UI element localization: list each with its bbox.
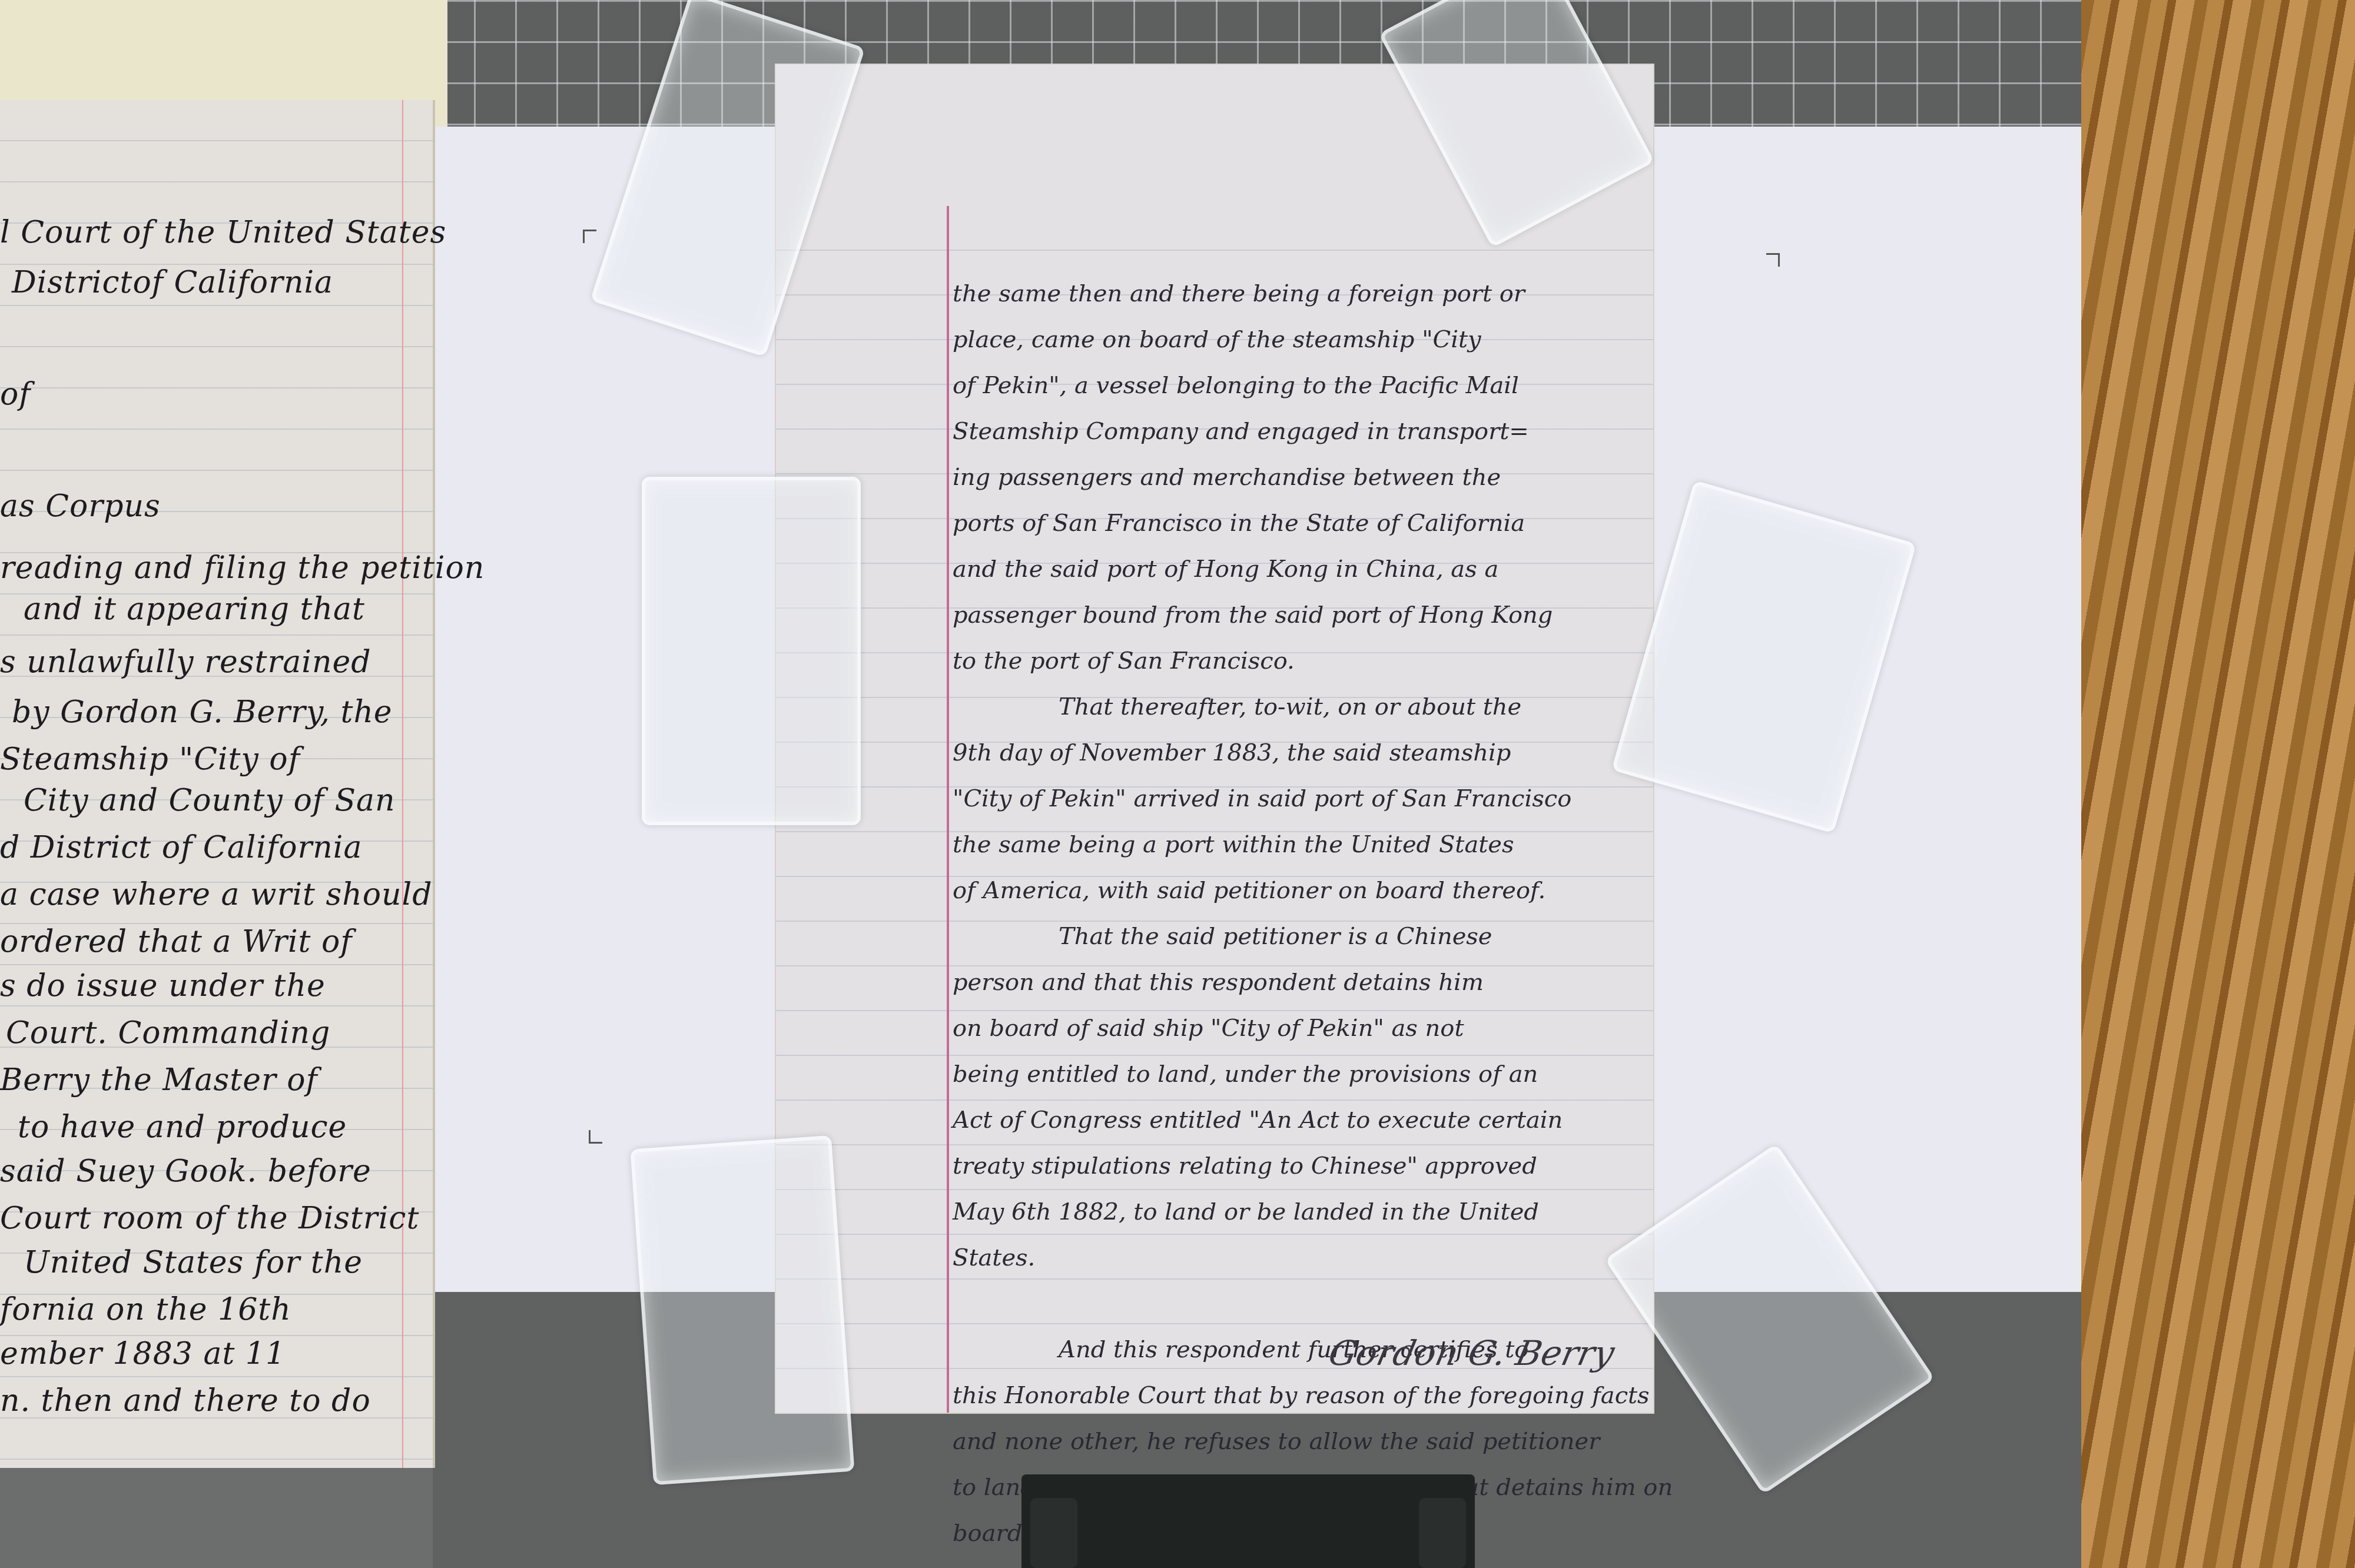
- left-doc-line: City and County of San: [24, 783, 396, 818]
- left-doc-line: Court room of the District: [0, 1201, 419, 1236]
- left-doc-line: s unlawfully restrained: [0, 645, 372, 680]
- left-doc-line: l Court of the United States: [0, 215, 446, 250]
- crop-mark-top-left: [583, 230, 596, 243]
- red-margin-line: [947, 206, 949, 1413]
- text-line: to the port of San Francisco.: [953, 638, 1636, 684]
- text-line: being entitled to land, under the provis…: [953, 1051, 1636, 1097]
- text-line: treaty stipulations relating to Chinese"…: [953, 1143, 1636, 1189]
- left-doc-line: as Corpus: [0, 489, 161, 524]
- left-doc-line: n. then and there to do: [0, 1383, 371, 1418]
- left-doc-line: Berry the Master of: [0, 1062, 318, 1098]
- text-line: this Honorable Court that by reason of t…: [953, 1373, 1636, 1418]
- text-line: ports of San Francisco in the State of C…: [953, 500, 1636, 546]
- text-line: 9th day of November 1883, the said steam…: [953, 730, 1636, 776]
- text-line: States.: [953, 1235, 1636, 1281]
- left-doc-line: fornia on the 16th: [0, 1292, 291, 1327]
- text-line: place, came on board of the steamship "C…: [953, 317, 1636, 363]
- left-doc-line: and it appearing that: [24, 592, 365, 627]
- text-line: That thereafter, to-wit, on or about the: [953, 684, 1636, 730]
- text-line: Act of Congress entitled "An Act to exec…: [953, 1097, 1636, 1143]
- left-doc-line: ember 1883 at 11: [0, 1336, 286, 1371]
- text-line: passenger bound from the said port of Ho…: [953, 592, 1636, 638]
- left-doc-line: a case where a writ should: [0, 877, 432, 912]
- left-doc-line: Steamship "City of: [0, 742, 300, 777]
- text-line: the same being a port within the United …: [953, 822, 1636, 868]
- text-line: person and that this respondent detains …: [953, 959, 1636, 1005]
- stand-foot-tab-right: [1419, 1498, 1466, 1568]
- text-line: of America, with said petitioner on boar…: [953, 868, 1636, 913]
- text-line: on board of said ship "City of Pekin" as…: [953, 1005, 1636, 1051]
- signature: Gordon G. Berry: [1325, 1333, 1618, 1373]
- text-line: Steamship Company and engaged in transpo…: [953, 408, 1636, 454]
- left-doc-line: of: [0, 377, 31, 412]
- text-line: That the said petitioner is a Chinese: [953, 913, 1636, 959]
- crop-mark-bottom-left: [589, 1130, 602, 1144]
- crop-mark-top-right: [1766, 253, 1780, 267]
- text-line: "City of Pekin" arrived in said port of …: [953, 776, 1636, 822]
- left-doc-margin-line: [402, 100, 403, 1468]
- stand-foot-tab-left: [1030, 1498, 1077, 1568]
- left-doc-line: Districtof California: [12, 265, 333, 300]
- acrylic-weight-mid-left: [642, 477, 861, 825]
- left-doc-line: Court. Commanding: [6, 1015, 330, 1051]
- text-line: of Pekin", a vessel belonging to the Pac…: [953, 363, 1636, 408]
- text-line: and none other, he refuses to allow the …: [953, 1418, 1636, 1464]
- left-doc-line: by Gordon G. Berry, the: [12, 695, 393, 730]
- text-line: ing passengers and merchandise between t…: [953, 454, 1636, 500]
- left-doc-line: United States for the: [24, 1245, 363, 1280]
- copy-stand-foot: [1021, 1474, 1475, 1568]
- acrylic-weight-bottom-left: [630, 1135, 854, 1485]
- wooden-table-edge: [2081, 0, 2355, 1568]
- left-doc-line: to have and produce: [18, 1109, 347, 1145]
- left-doc-line: d District of California: [0, 830, 362, 865]
- left-doc-line: reading and filing the petition: [0, 550, 485, 586]
- left-doc-line: said Suey Gook. before: [0, 1154, 372, 1189]
- left-document-page: l Court of the United States Districtof …: [0, 100, 435, 1468]
- left-doc-line: ordered that a Writ of: [0, 924, 353, 959]
- text-line: May 6th 1882, to land or be landed in th…: [953, 1189, 1636, 1235]
- main-document-page: the same then and there being a foreign …: [776, 65, 1653, 1413]
- text-line: the same then and there being a foreign …: [953, 271, 1636, 317]
- text-line: and the said port of Hong Kong in China,…: [953, 546, 1636, 592]
- left-doc-line: s do issue under the: [0, 968, 326, 1004]
- text-line: [953, 1281, 1636, 1327]
